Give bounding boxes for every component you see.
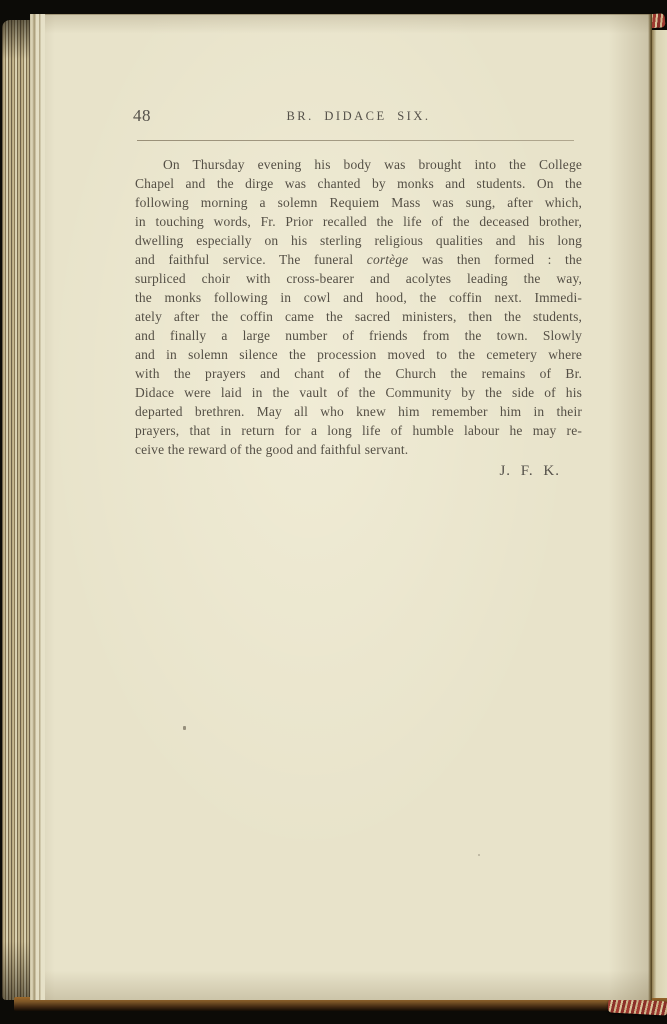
text-segment: and faithful service. The funeral xyxy=(135,252,367,267)
text-line: ately after the coffin came the sacred m… xyxy=(135,307,582,326)
text-line: and finally a large number of friends fr… xyxy=(135,326,582,345)
cortege-italic: cortège xyxy=(367,252,409,267)
text-line: On Thursday evening his body was brought… xyxy=(135,155,582,174)
text-line: ceive the reward of the good and faithfu… xyxy=(135,440,582,459)
text-line: surpliced choir with cross-bearer and ac… xyxy=(135,269,582,288)
text-line: the monks following in cowl and hood, th… xyxy=(135,288,582,307)
gutter-page-sliver xyxy=(652,30,667,998)
text-line: prayers, that in return for a long life … xyxy=(135,421,582,440)
dust-speck xyxy=(183,726,186,730)
text-line: in touching words, Fr. Prior recalled th… xyxy=(135,212,582,231)
text-line: with the prayers and chant of the Church… xyxy=(135,364,582,383)
page-header: 48 BR. DIDACE SIX. xyxy=(135,106,582,126)
spine-headband-bottom xyxy=(608,998,667,1015)
under-page-edges xyxy=(30,14,45,1000)
running-head: BR. DIDACE SIX. xyxy=(135,109,582,124)
text-line: Chapel and the dirge was chanted by monk… xyxy=(135,174,582,193)
text-line: Didace were laid in the vault of the Com… xyxy=(135,383,582,402)
book-page: 48 BR. DIDACE SIX. On Thursday evening h… xyxy=(30,14,652,1000)
author-initials: J. F. K. xyxy=(135,463,582,480)
text-line: departed brethren. May all who knew him … xyxy=(135,402,582,421)
text-line: and in solemn silence the procession mov… xyxy=(135,345,582,364)
gutter-crease xyxy=(648,14,652,1000)
scanned-book-photo: 48 BR. DIDACE SIX. On Thursday evening h… xyxy=(0,0,667,1024)
dust-speck xyxy=(478,854,480,856)
header-rule xyxy=(137,140,574,141)
text-line: and faithful service. The funeral cortèg… xyxy=(135,250,582,269)
left-page-stack-edge xyxy=(2,20,32,1000)
body-paragraph: On Thursday evening his body was brought… xyxy=(135,155,582,459)
text-line: following morning a solemn Requiem Mass … xyxy=(135,193,582,212)
text-segment: was then formed : the xyxy=(408,252,582,267)
text-line: dwelling especially on his sterling reli… xyxy=(135,231,582,250)
